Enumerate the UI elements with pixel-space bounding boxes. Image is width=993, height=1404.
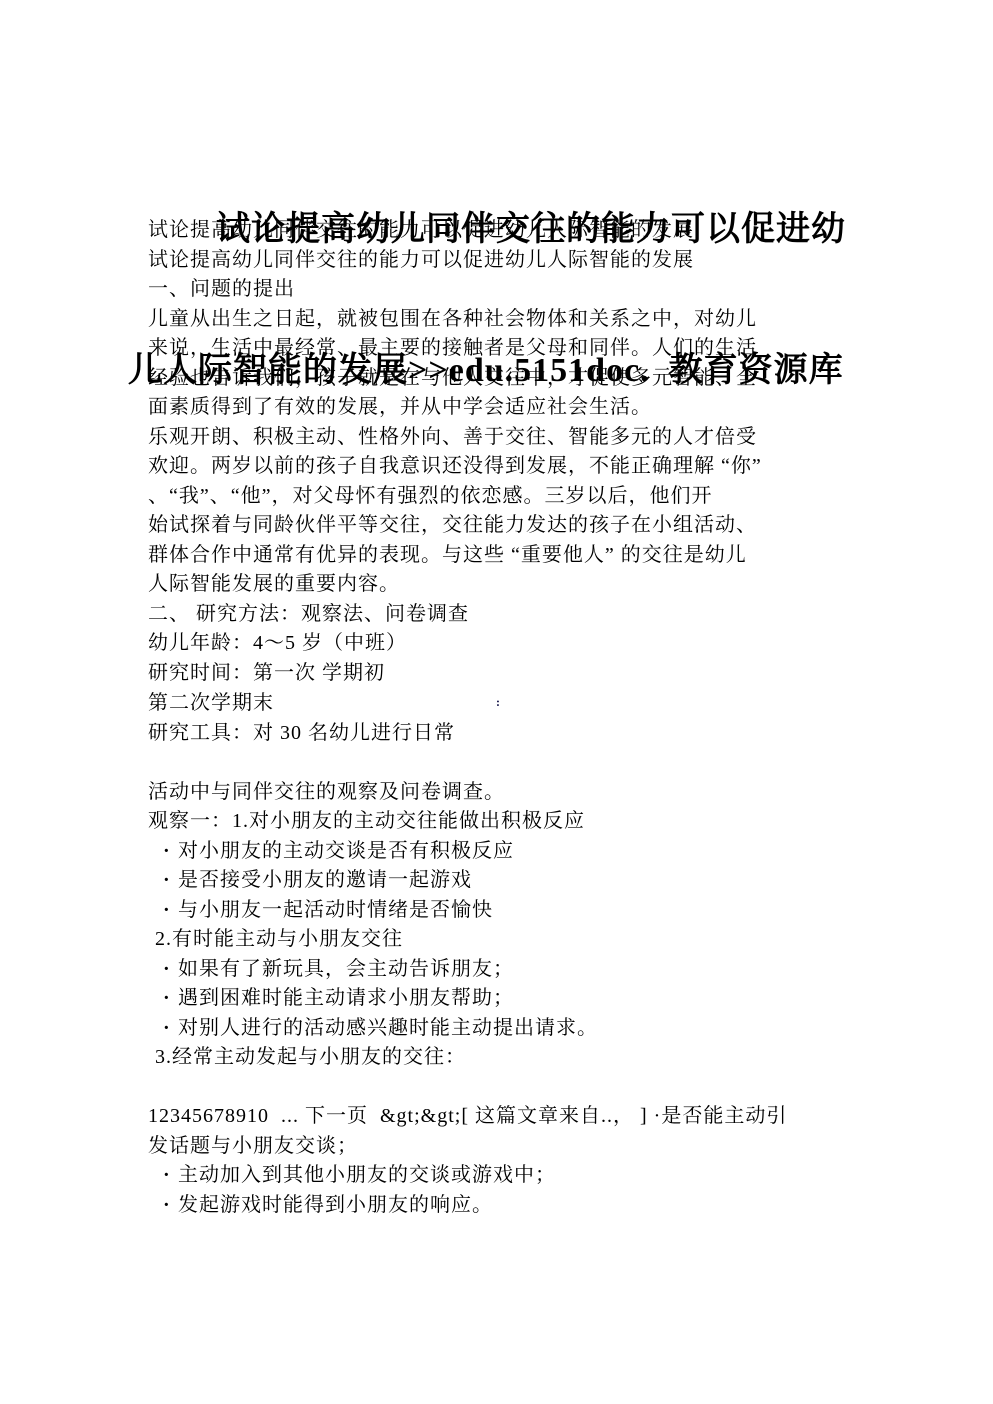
text-line: 第二次学期末: <box>148 688 872 719</box>
text-line: 2.有时能主动与小朋友交往 <box>148 925 872 955</box>
text-line: ·对小朋友的主动交谈是否有积极反应 <box>148 837 872 867</box>
text-line: 经验也告诉我们，孩子就是在与他人交往中，才促使多元智能、全 <box>148 364 872 394</box>
text-line: 一、问题的提出 <box>148 275 872 305</box>
text-line: ·遇到困难时能主动请求小朋友帮助； <box>148 984 872 1014</box>
tiny-colon-mark: : <box>496 695 500 709</box>
bullet-dot-icon: · <box>163 955 178 985</box>
text-line: ·发起游戏时能得到小朋友的响应。 <box>148 1191 872 1221</box>
text-line: 始试探着与同龄伙伴平等交往，交往能力发达的孩子在小组活动、 <box>148 511 872 541</box>
text-line: 人际智能发展的重要内容。 <box>148 570 872 600</box>
text-line: 12345678910 ... 下一页 &gt;&gt;[ 这篇文章来自..， … <box>148 1102 872 1132</box>
bullet-dot-icon: · <box>163 896 178 926</box>
blank-line <box>148 748 872 778</box>
text-line: 试论提高幼儿同伴交往的能力可以促进幼儿人际智能的发展 <box>148 216 872 246</box>
text-line: ·对别人进行的活动感兴趣时能主动提出请求。 <box>148 1014 872 1044</box>
text-line: 发话题与小朋友交谈； <box>148 1132 872 1162</box>
text-line: 二、 研究方法：观察法、问卷调查 <box>148 600 872 630</box>
text-line: ·如果有了新玩具，会主动告诉朋友； <box>148 955 872 985</box>
text-line: 观察一：1.对小朋友的主动交往能做出积极反应 <box>148 807 872 837</box>
text-line: 试论提高幼儿同伴交往的能力可以促进幼儿人际智能的发展 <box>148 246 872 276</box>
bullet-dot-icon: · <box>163 984 178 1014</box>
text-line: 群体合作中通常有优异的表现。与这些 “重要他人” 的交往是幼儿 <box>148 541 872 571</box>
text-line: 儿童从出生之日起，就被包围在各种社会物体和关系之中，对幼儿 <box>148 305 872 335</box>
text-line: ·是否接受小朋友的邀请一起游戏 <box>148 866 872 896</box>
bullet-dot-icon: · <box>163 837 178 867</box>
bullet-dot-icon: · <box>163 1191 178 1221</box>
document-body: 试论提高幼儿同伴交往的能力可以促进幼儿人际智能的发展试论提高幼儿同伴交往的能力可… <box>148 216 872 1220</box>
text-line: 研究时间：第一次 学期初 <box>148 659 872 689</box>
blank-line <box>148 1073 872 1103</box>
document-page: 试论提高幼儿同伴交往的能力可以促进幼 儿人际智能的发展>>edu.5151doc… <box>0 0 993 1404</box>
bullet-dot-icon: · <box>163 1014 178 1044</box>
text-line: 来说，生活中最经常、最主要的接触者是父母和同伴。人们的生活 <box>148 334 872 364</box>
bullet-dot-icon: · <box>163 1161 178 1191</box>
text-line: 乐观开朗、积极主动、性格外向、善于交往、智能多元的人才倍受 <box>148 423 872 453</box>
bullet-dot-icon: · <box>163 866 178 896</box>
text-line: ·与小朋友一起活动时情绪是否愉快 <box>148 896 872 926</box>
text-line: 、“我”、“他”，对父母怀有强烈的依恋感。三岁以后，他们开 <box>148 482 872 512</box>
text-line: 活动中与同伴交往的观察及问卷调查。 <box>148 778 872 808</box>
text-line: 面素质得到了有效的发展，并从中学会适应社会生活。 <box>148 393 872 423</box>
text-line: 幼儿年龄：4～5 岁（中班） <box>148 629 872 659</box>
text-line: 3.经常主动发起与小朋友的交往： <box>148 1043 872 1073</box>
text-line: 欢迎。两岁以前的孩子自我意识还没得到发展，不能正确理解 “你” <box>148 452 872 482</box>
text-line: 研究工具：对 30 名幼儿进行日常 <box>148 719 872 749</box>
text-line: ·主动加入到其他小朋友的交谈或游戏中； <box>148 1161 872 1191</box>
